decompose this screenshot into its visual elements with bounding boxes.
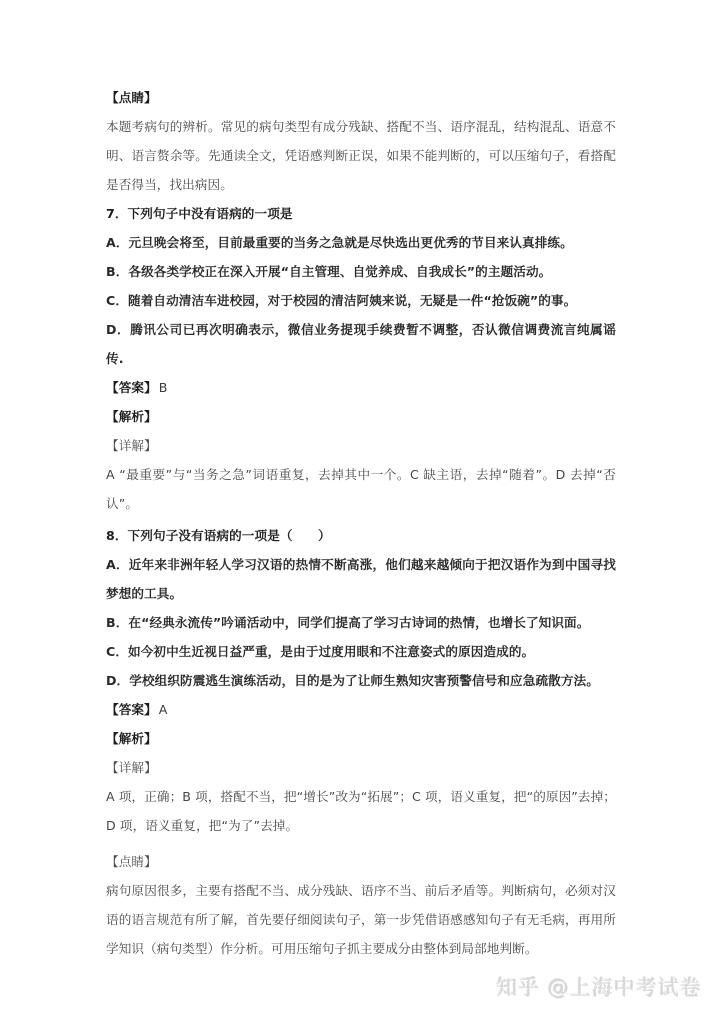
tip-label: 【点睛】 bbox=[106, 847, 616, 876]
question-7-stem: 7．下列句子中没有语病的一项是 bbox=[106, 199, 616, 228]
question-8-detail-text: A 项，正确；B 项，搭配不当，把“增长”改为“拓展”；C 项，语义重复，把“的… bbox=[106, 782, 616, 840]
question-8-option-c: C．如今初中生近视日益严重，是由于过度用眼和不注意姿式的原因造成的。 bbox=[106, 637, 616, 666]
question-7-option-b: B．各级各类学校正在深入开展“自主管理、自觉养成、自我成长”的主题活动。 bbox=[106, 257, 616, 286]
question-8-block: 8．下列句子没有语病的一项是（ ） A．近年来非洲年轻人学习汉语的热情不断高涨，… bbox=[106, 521, 616, 840]
question-7-option-d: D．腾讯公司已再次明确表示，微信业务提现手续费暂不调整，否认微信调费流言纯属谣传… bbox=[106, 315, 616, 373]
question-7-option-c: C．随着自动清洁车进校园，对于校园的清洁阿姨来说，无疑是一件“抢饭碗”的事。 bbox=[106, 286, 616, 315]
analysis-label: 【解析】 bbox=[106, 402, 616, 431]
exam-answer-sheet-page: 【点睛】 本题考病句的辨析。常见的病句类型有成分残缺、搭配不当、语序混乱，结构混… bbox=[106, 83, 616, 963]
answer-value: B bbox=[157, 380, 168, 395]
answer-label: 【答案】 bbox=[106, 380, 157, 395]
question-8-stem: 8．下列句子没有语病的一项是（ ） bbox=[106, 521, 616, 550]
analysis-label: 【解析】 bbox=[106, 724, 616, 753]
tip-text: 本题考病句的辨析。常见的病句类型有成分残缺、搭配不当、语序混乱，结构混乱、语意不… bbox=[106, 112, 616, 199]
tip-text: 病句原因很多，主要有搭配不当、成分残缺、语序不当、前后矛盾等。判断病句，必须对汉… bbox=[106, 876, 616, 963]
detail-label: 【详解】 bbox=[106, 431, 616, 460]
question-8-answer-line: 【答案】A bbox=[106, 695, 616, 724]
question-8-option-a: A．近年来非洲年轻人学习汉语的热情不断高涨，他们越来越倾向于把汉语作为到中国寻找… bbox=[106, 550, 616, 608]
tip2-block: 【点睛】 病句原因很多，主要有搭配不当、成分残缺、语序不当、前后矛盾等。判断病句… bbox=[106, 847, 616, 963]
question-7-answer-line: 【答案】B bbox=[106, 373, 616, 402]
answer-label: 【答案】 bbox=[106, 702, 157, 717]
tip-label: 【点睛】 bbox=[106, 83, 616, 112]
zhihu-watermark: 知乎 @上海中考试卷 bbox=[496, 972, 702, 1002]
question-7-detail-text: A “最重要”与“当务之急”词语重复，去掉其中一个。C 缺主语，去掉“随着”。D… bbox=[106, 460, 616, 518]
answer-value: A bbox=[157, 702, 168, 717]
question-8-option-d: D．学校组织防震逃生演练活动，目的是为了让师生熟知灾害预警信号和应急疏散方法。 bbox=[106, 666, 616, 695]
tip1-block: 【点睛】 本题考病句的辨析。常见的病句类型有成分残缺、搭配不当、语序混乱，结构混… bbox=[106, 83, 616, 199]
question-7-block: 7．下列句子中没有语病的一项是 A．元旦晚会将至，目前最重要的当务之急就是尽快选… bbox=[106, 199, 616, 518]
detail-label: 【详解】 bbox=[106, 753, 616, 782]
question-7-option-a: A．元旦晚会将至，目前最重要的当务之急就是尽快选出更优秀的节目来认真排练。 bbox=[106, 228, 616, 257]
question-8-option-b: B．在“经典永流传”吟诵活动中，同学们提高了学习古诗词的热情，也增长了知识面。 bbox=[106, 608, 616, 637]
